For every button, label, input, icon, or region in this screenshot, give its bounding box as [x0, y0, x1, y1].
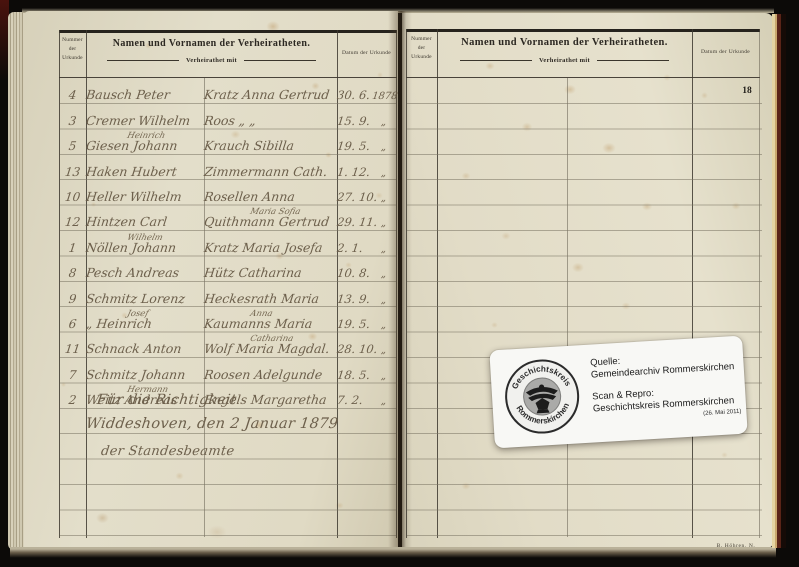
husband-name-cell: Cremer Wilhelm — [85, 113, 205, 130]
husband-name-cell: Bausch Peter — [85, 87, 205, 104]
wife-name-cell: Kratz Maria Josefa — [203, 240, 338, 257]
row-act-number: 4 — [58, 88, 87, 104]
wife-name: Hütz Catharina — [203, 265, 302, 280]
rule-dash — [460, 60, 532, 61]
married-with-label: Verheirathet mit — [186, 57, 237, 64]
name-insertion: Heinrich — [126, 131, 166, 141]
record-date-day-month: 28. 10. — [336, 342, 373, 358]
wife-name-cell: Roosen Adelgunde — [203, 367, 338, 384]
geschichtskreis-seal-icon: Geschichtskreis Rommerskirchen — [502, 356, 582, 436]
married-with-label: Verheirathet mit — [539, 57, 590, 64]
closing-line: Für die Richtigkeit — [96, 392, 238, 408]
table-row: 12 Hintzen Carl Maria SofiaQuithmann Ger… — [59, 206, 397, 231]
husband-name: Schnack Anton — [85, 341, 182, 356]
wife-name-cell: Maria SofiaQuithmann Gertrud — [203, 214, 338, 231]
row-act-number: 13 — [58, 165, 87, 181]
stamp-text-block: Quelle: Gemeindearchiv Rommerskirchen Sc… — [590, 349, 742, 424]
table-row: 3 Cremer Wilhelm Roos „ „ 15. 9. „ — [59, 104, 397, 129]
wife-name-cell: Zimmermann Cath. — [203, 164, 338, 181]
wife-name-cell: Heckesrath Maria — [203, 291, 338, 308]
table-row: 8 Pesch Andreas Hütz Catharina 10. 8. „ — [59, 257, 397, 282]
table-row: 10 Heller Wilhelm Rosellen Anna 27. 10. … — [59, 181, 397, 206]
husband-name-cell: Josef„ Heinrich — [85, 316, 205, 333]
number-column-header-right: Nummer der Urkunde — [406, 35, 437, 62]
wife-name: Roos „ „ — [203, 113, 257, 128]
husband-name: Schmitz Johann — [85, 367, 186, 382]
row-act-number: 9 — [58, 292, 87, 308]
wife-name: Roosen Adelgunde — [203, 367, 323, 382]
rule-dash — [597, 60, 669, 61]
row-act-number: 3 — [58, 114, 87, 130]
number-header-line: der — [406, 44, 437, 53]
husband-name-cell: Schnack Anton — [85, 341, 205, 358]
number-header-line: Urkunde — [406, 53, 437, 62]
number-header-line: Urkunde — [59, 54, 86, 63]
names-title-right: Namen und Vornamen der Verheiratheten. — [437, 37, 692, 48]
table-row: 11 Schnack Anton CatharinaWolf Maria Mag… — [59, 333, 397, 358]
table-top-rule-left — [59, 30, 397, 33]
row-act-number: 5 — [58, 139, 87, 155]
table-top-rule-right — [406, 29, 760, 32]
spouse-name-insertion: Catharina — [249, 334, 294, 344]
husband-name-cell: Hintzen Carl — [85, 214, 205, 231]
wife-name-cell: Rosellen Anna — [203, 189, 338, 206]
record-date-day-month: 13. 9. — [336, 292, 373, 308]
ruled-lines-right — [407, 103, 762, 539]
book-bottom-edge — [10, 547, 776, 559]
index-rows: 4 Bausch Peter Kratz Anna Gertrud 30. 6.… — [59, 79, 397, 409]
table-row: 6 Josef„ Heinrich AnnaKaumanns Maria 19.… — [59, 308, 397, 333]
row-act-number: 12 — [58, 215, 87, 231]
record-date-day-month: 19. 5. — [336, 317, 373, 333]
number-header-line: Nummer — [59, 36, 86, 45]
archive-stamp: Geschichtskreis Rommerskirchen Quelle: G… — [489, 336, 747, 449]
husband-name: Cremer Wilhelm — [85, 113, 191, 128]
number-column-header-left: Nummer der Urkunde — [59, 36, 86, 63]
row-act-number: 10 — [58, 190, 87, 206]
row-act-number: 2 — [58, 393, 87, 409]
table-row: 4 Bausch Peter Kratz Anna Gertrud 30. 6.… — [59, 79, 397, 104]
wife-name-cell: Kratz Anna Gertrud — [203, 87, 338, 104]
husband-name: Hintzen Carl — [85, 214, 168, 229]
wife-name: Kratz Maria Josefa — [203, 240, 323, 255]
rule-dash — [244, 60, 316, 61]
spouse-name-insertion: Anna — [249, 309, 274, 319]
table-row: 1 WilhelmNöllen Johann Kratz Maria Josef… — [59, 231, 397, 256]
number-header-line: der — [59, 45, 86, 54]
record-date-day-month: 29. 11. — [336, 215, 373, 231]
names-title-left: Namen und Vornamen der Verheiratheten. — [86, 38, 337, 49]
husband-name: Haken Hubert — [85, 164, 178, 179]
husband-name: Schmitz Lorenz — [85, 291, 186, 306]
name-insertion: Wilhelm — [126, 233, 164, 243]
seal-icon: Geschichtskreis Rommerskirchen — [502, 356, 582, 436]
wife-name-cell: AnnaKaumanns Maria — [203, 316, 338, 333]
row-act-number: 7 — [58, 368, 87, 384]
number-header-line: Nummer — [406, 35, 437, 44]
wife-name: Rosellen Anna — [203, 189, 296, 204]
row-act-number: 11 — [58, 342, 87, 358]
record-date-day-month: 19. 5. — [336, 139, 373, 155]
date-column-header-right: Datum der Urkunde — [692, 49, 759, 55]
row-act-number: 8 — [58, 266, 87, 282]
husband-name-cell: Schmitz Johann — [85, 367, 205, 384]
husband-name-cell: Pesch Andreas — [85, 265, 205, 282]
record-date-day-month: 7. 2. — [336, 393, 373, 409]
husband-name-cell: HeinrichGiesen Johann — [85, 138, 205, 155]
record-date-day-month: 10. 8. — [336, 266, 373, 282]
name-insertion: Josef — [126, 309, 150, 319]
record-date-day-month: 18. 5. — [336, 368, 373, 384]
husband-name: Bausch Peter — [85, 87, 171, 102]
record-date-day-month: 30. 6. — [336, 88, 373, 104]
husband-name-cell: Haken Hubert — [85, 164, 205, 181]
closing-line: Widdeshoven, den 2 Januar 1879 — [85, 416, 339, 432]
row-act-number: 1 — [58, 241, 87, 257]
record-date-day-month: 2. 1. — [336, 241, 373, 257]
husband-name-cell: Schmitz Lorenz — [85, 291, 205, 308]
row-act-number: 6 — [58, 317, 87, 333]
wife-name-cell: CatharinaWolf Maria Magdal. — [203, 341, 338, 358]
wife-name-cell: Hütz Catharina — [203, 265, 338, 282]
married-with-left: Verheirathet mit — [86, 57, 337, 64]
husband-name-cell: WilhelmNöllen Johann — [85, 240, 205, 257]
table-row: 7 Schmitz Johann Roosen Adelgunde 18. 5.… — [59, 358, 397, 383]
wife-name: Heckesrath Maria — [203, 291, 320, 306]
husband-name: Pesch Andreas — [85, 265, 180, 280]
page-stack-edge — [8, 12, 25, 550]
record-date-day-month: 27. 10. — [336, 190, 373, 206]
wife-name: Krauch Sibilla — [203, 138, 295, 153]
record-date-day-month: 15. 9. — [336, 114, 373, 130]
closing-line: der Standesbeamte — [100, 444, 235, 459]
book-right-edge — [772, 14, 786, 548]
rule-dash — [107, 60, 179, 61]
husband-name-cell: Heller Wilhelm — [85, 189, 205, 206]
spouse-name-insertion: Maria Sofia — [249, 207, 301, 217]
record-date-day-month: 1. 12. — [336, 165, 373, 181]
wife-name-cell: Krauch Sibilla — [203, 138, 338, 155]
table-row: 13 Haken Hubert Zimmermann Cath. 1. 12. … — [59, 155, 397, 180]
married-with-right: Verheirathet mit — [437, 57, 692, 64]
wife-name-cell: Roos „ „ — [203, 113, 338, 130]
table-row: 9 Schmitz Lorenz Heckesrath Maria 13. 9.… — [59, 282, 397, 307]
table-row: 5 HeinrichGiesen Johann Krauch Sibilla 1… — [59, 130, 397, 155]
wife-name: Kratz Anna Gertrud — [203, 87, 330, 102]
page-number: 18 — [735, 86, 759, 96]
header-bottom-rule-left — [59, 77, 397, 78]
header-bottom-rule-right — [406, 77, 760, 78]
husband-name: Heller Wilhelm — [85, 189, 182, 204]
wife-name: Zimmermann Cath. — [203, 164, 328, 179]
register-scan: Nummer der Urkunde Namen und Vornamen de… — [0, 0, 799, 567]
